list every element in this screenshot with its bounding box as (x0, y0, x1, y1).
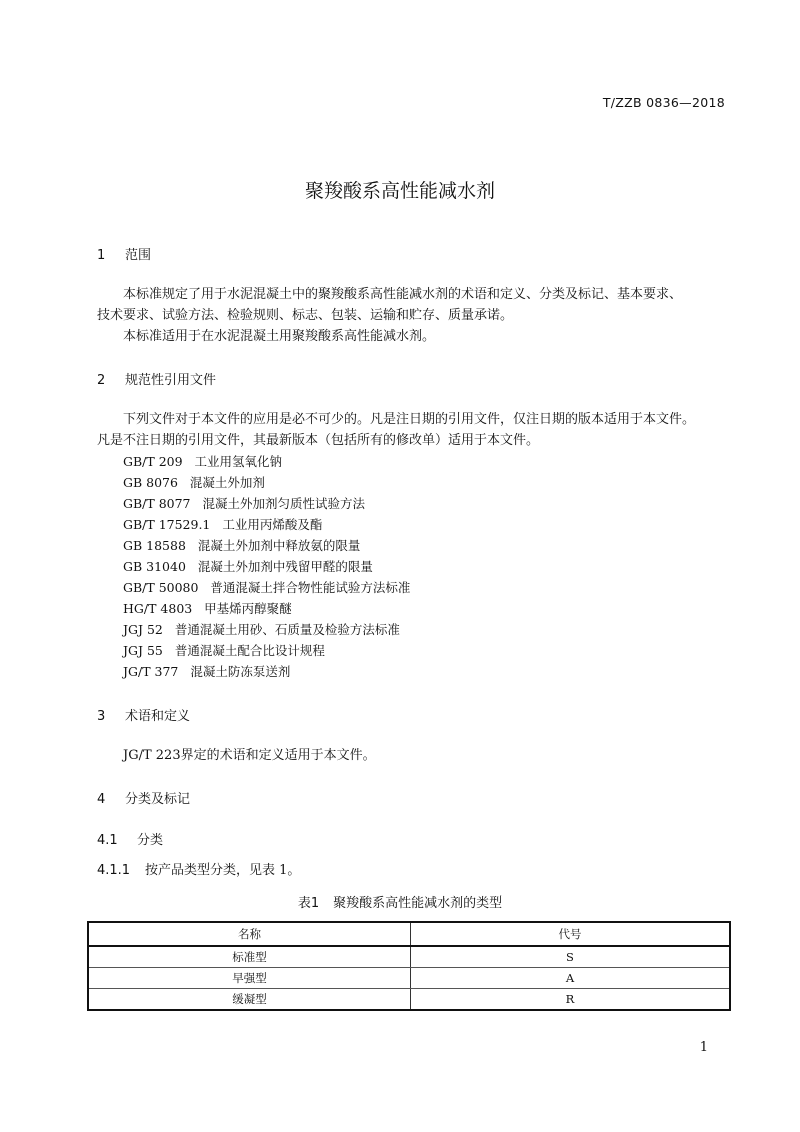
types-table: 名称 代号 标准型 S 早强型 A 缓凝型 R (87, 921, 731, 1011)
reference-name: 混凝土外加剂中释放氨的限量 (198, 538, 361, 553)
reference-item: GB/T 209 工业用氢氧化钠 (123, 451, 282, 472)
subsection-title: 分类 (137, 833, 163, 848)
document-title: 聚羧酸系高性能减水剂 (0, 176, 800, 203)
section-number: 2 (97, 373, 125, 388)
section-title: 术语和定义 (125, 709, 190, 724)
section-1-heading: 1范围 (97, 244, 151, 263)
reference-code: GB/T 8077 (123, 496, 191, 511)
reference-item: GB 31040 混凝土外加剂中残留甲醛的限量 (123, 556, 373, 577)
reference-code: GB 8076 (123, 475, 178, 490)
reference-item: GB/T 17529.1 工业用丙烯酸及酯 (123, 514, 322, 535)
reference-item: JGJ 52 普通混凝土用砂、石质量及检验方法标准 (123, 619, 400, 640)
paragraph: 技术要求、试验方法、检验规则、标志、包装、运输和贮存、质量承诺。 (97, 305, 513, 326)
document-code: T/ZZB 0836—2018 (603, 95, 725, 110)
reference-code: JG/T 377 (123, 664, 178, 679)
reference-code: JGJ 55 (123, 643, 163, 658)
reference-name: 混凝土防冻泵送剂 (190, 664, 290, 679)
table-header-row: 名称 代号 (88, 922, 730, 946)
reference-name: 混凝土外加剂 (190, 475, 265, 490)
reference-code: GB 31040 (123, 559, 186, 574)
section-number: 4 (97, 792, 125, 807)
table-row: 缓凝型 R (88, 989, 730, 1011)
section-title: 规范性引用文件 (125, 373, 216, 388)
column-header-name: 名称 (88, 922, 411, 946)
paragraph: 下列文件对于本文件的应用是必不可少的。凡是注日期的引用文件，仅注日期的版本适用于… (123, 409, 695, 430)
paragraph: 本标准适用于在水泥混凝土用聚羧酸系高性能减水剂。 (123, 326, 435, 347)
reference-code: GB/T 50080 (123, 580, 198, 595)
cell-code: S (411, 946, 731, 968)
section-2-heading: 2规范性引用文件 (97, 369, 216, 388)
reference-name: 工业用丙烯酸及酯 (222, 517, 322, 532)
section-number: 1 (97, 248, 125, 263)
section-4-heading: 4分类及标记 (97, 788, 190, 807)
reference-item: JG/T 377 混凝土防冻泵送剂 (123, 661, 290, 682)
column-header-code: 代号 (411, 922, 731, 946)
table-caption: 表1聚羧酸系高性能减水剂的类型 (0, 892, 800, 911)
clause-4-1-1: 4.1.1按产品类型分类，见表 1。 (97, 859, 300, 881)
clause-text: 按产品类型分类，见表 1。 (145, 863, 300, 878)
cell-code: R (411, 989, 731, 1011)
reference-name: 普通混凝土配合比设计规程 (175, 643, 325, 658)
reference-code: GB 18588 (123, 538, 186, 553)
reference-name: 混凝土外加剂中残留甲醛的限量 (198, 559, 373, 574)
reference-code: GB/T 209 (123, 454, 183, 469)
cell-code: A (411, 968, 731, 989)
reference-name: 普通混凝土拌合物性能试验方法标准 (210, 580, 410, 595)
cell-name: 标准型 (88, 946, 411, 968)
reference-name: 工业用氢氧化钠 (194, 454, 282, 469)
section-number: 3 (97, 709, 125, 724)
subsection-number: 4.1 (97, 833, 137, 848)
section-title: 分类及标记 (125, 792, 190, 807)
cell-name: 早强型 (88, 968, 411, 989)
reference-item: GB/T 50080 普通混凝土拌合物性能试验方法标准 (123, 577, 410, 598)
reference-item: HG/T 4803 甲基烯丙醇聚醚 (123, 598, 292, 619)
reference-code: JGJ 52 (123, 622, 163, 637)
reference-name: 混凝土外加剂匀质性试验方法 (202, 496, 365, 511)
paragraph: JG/T 223界定的术语和定义适用于本文件。 (123, 745, 376, 766)
reference-name: 甲基烯丙醇聚醚 (204, 601, 292, 616)
reference-item: GB 18588 混凝土外加剂中释放氨的限量 (123, 535, 360, 556)
table-row: 标准型 S (88, 946, 730, 968)
reference-code: HG/T 4803 (123, 601, 192, 616)
cell-name: 缓凝型 (88, 989, 411, 1011)
reference-item: GB/T 8077 混凝土外加剂匀质性试验方法 (123, 493, 365, 514)
section-3-heading: 3术语和定义 (97, 705, 190, 724)
reference-item: JGJ 55 普通混凝土配合比设计规程 (123, 640, 325, 661)
paragraph: 凡是不注日期的引用文件，其最新版本（包括所有的修改单）适用于本文件。 (97, 430, 539, 451)
paragraph: 本标准规定了用于水泥混凝土中的聚羧酸系高性能减水剂的术语和定义、分类及标记、基本… (123, 284, 682, 305)
section-title: 范围 (125, 248, 151, 263)
reference-name: 普通混凝土用砂、石质量及检验方法标准 (175, 622, 400, 637)
clause-number: 4.1.1 (97, 860, 145, 881)
table-title: 聚羧酸系高性能减水剂的类型 (333, 896, 502, 911)
table-number: 表1 (298, 896, 319, 911)
reference-item: GB 8076 混凝土外加剂 (123, 472, 265, 493)
page-number: 1 (700, 1040, 708, 1055)
subsection-4-1-heading: 4.1分类 (97, 829, 163, 848)
table-row: 早强型 A (88, 968, 730, 989)
reference-code: GB/T 17529.1 (123, 517, 210, 532)
